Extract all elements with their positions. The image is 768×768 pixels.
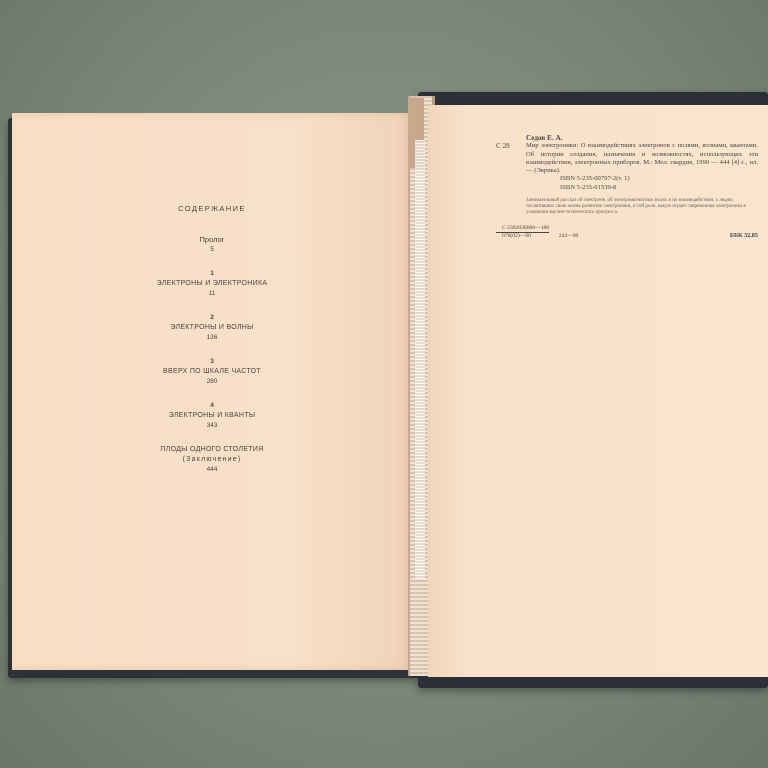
- toc-entry: 2 ЭЛЕКТРОНЫ И ВОЛНЫ 136: [112, 313, 312, 343]
- toc-final-subtitle: (Заключение): [112, 455, 312, 465]
- toc-entry-title: ЭЛЕКТРОНЫ И ВОЛНЫ: [112, 323, 312, 333]
- fraction-right: 242—90: [559, 233, 579, 239]
- toc-final-title: ПЛОДЫ ОДНОГО СТОЛЕТИЯ: [112, 445, 312, 455]
- toc-entry-page: 280: [112, 377, 312, 387]
- catalog-index-row: С 2302030000—188 078(02)—90 242—90 ББК 3…: [496, 225, 758, 240]
- fraction-bottom: 078(02)—90: [496, 233, 531, 239]
- toc-final: ПЛОДЫ ОДНОГО СТОЛЕТИЯ (Заключение) 444: [112, 445, 312, 475]
- annotation: Занимательный рассказ об электроне, об э…: [496, 198, 758, 217]
- fraction-lead: С: [502, 225, 506, 231]
- toc-prolog-label: Пролог: [112, 235, 312, 245]
- bbk-code: ББК 32.85: [730, 232, 758, 240]
- toc-entry-page: 136: [112, 333, 312, 343]
- toc-entry: 4 ЭЛЕКТРОНЫ И КВАНТЫ 343: [112, 401, 312, 431]
- bib-main-row: С 28 Мир электроники: О взаимодействиях …: [496, 142, 758, 175]
- toc-entry: 1 ЭЛЕКТРОНЫ И ЭЛЕКТРОНИКА 11: [112, 269, 312, 299]
- isbn-set: ISBN 5-235-01539-8: [496, 184, 758, 192]
- toc-entry-title: ВВЕРХ ПО ШКАЛЕ ЧАСТОТ: [112, 367, 312, 377]
- toc-prolog-page: 5: [112, 245, 312, 255]
- isbn-volume: ISBN 5-235-00797-2(т. 1): [496, 175, 758, 183]
- toc-entry-number: 1: [112, 269, 312, 279]
- toc-final-page: 444: [112, 465, 312, 475]
- catalog-fraction: С 2302030000—188 078(02)—90 242—90: [496, 225, 578, 240]
- toc-prolog: Пролог 5: [112, 235, 312, 255]
- toc-entry-title: ЭЛЕКТРОНЫ И КВАНТЫ: [112, 411, 312, 421]
- toc-entry: 3 ВВЕРХ ПО ШКАЛЕ ЧАСТОТ 280: [112, 357, 312, 387]
- book-description: Мир электроники: О взаимодействиях элект…: [526, 142, 758, 175]
- photo-scene: СОДЕРЖАНИЕ Пролог 5 1 ЭЛЕКТРОНЫ И ЭЛЕКТР…: [0, 0, 768, 768]
- bibliographic-record: Седов Е. А. С 28 Мир электроники: О взаи…: [496, 134, 758, 240]
- toc-entry-number: 3: [112, 357, 312, 367]
- toc-entry-page: 11: [112, 289, 312, 299]
- author: Седов Е. А.: [496, 134, 758, 142]
- table-of-contents: СОДЕРЖАНИЕ Пролог 5 1 ЭЛЕКТРОНЫ И ЭЛЕКТР…: [112, 204, 312, 489]
- toc-entry-number: 4: [112, 401, 312, 411]
- toc-entry-page: 343: [112, 421, 312, 431]
- catalog-code: С 28: [496, 142, 526, 175]
- spine-binding-thread: [415, 140, 425, 580]
- fraction-top: 2302030000—188: [507, 225, 549, 231]
- toc-entry-number: 2: [112, 313, 312, 323]
- toc-entry-title: ЭЛЕКТРОНЫ И ЭЛЕКТРОНИКА: [112, 279, 312, 289]
- toc-title: СОДЕРЖАНИЕ: [112, 204, 312, 213]
